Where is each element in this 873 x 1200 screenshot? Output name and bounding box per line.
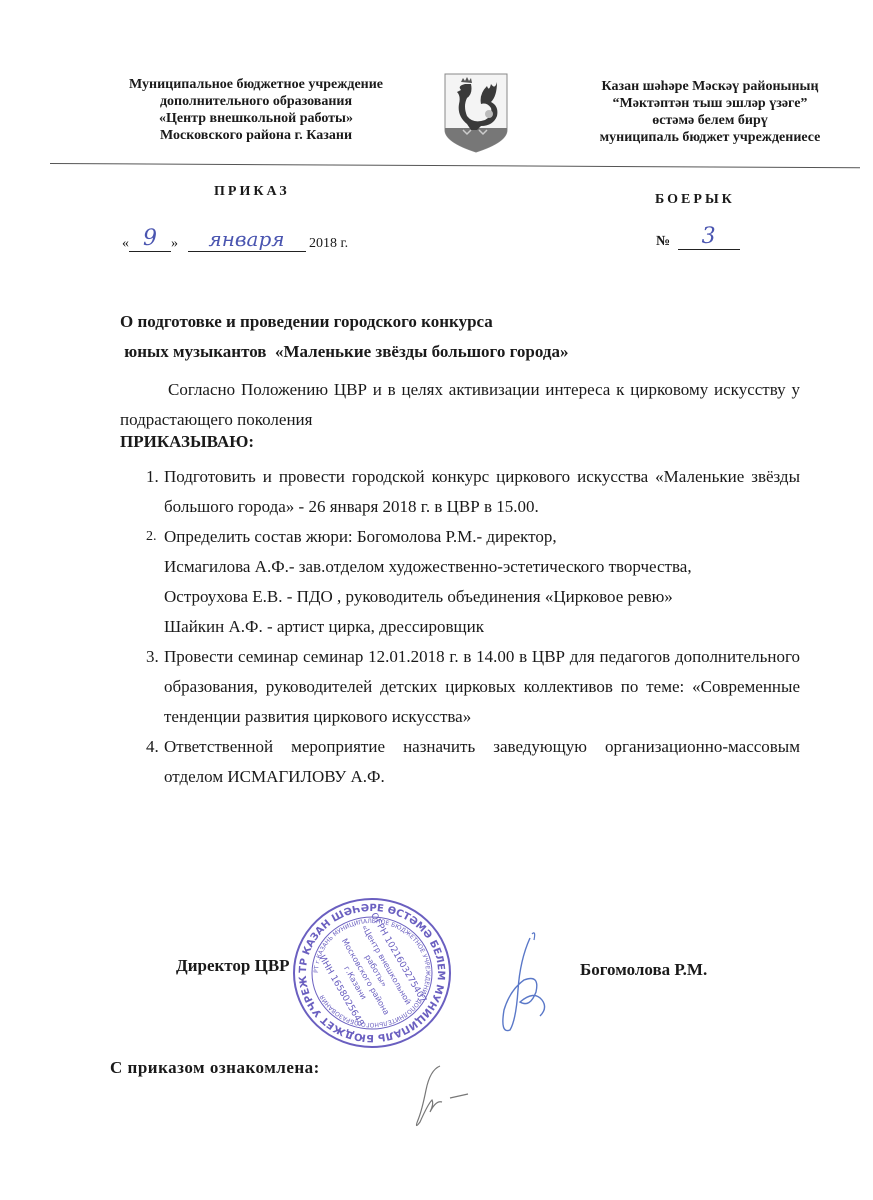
order-title-tt: БОЕРЫК — [655, 192, 735, 208]
date-open-quote: « — [122, 236, 129, 251]
order-word: ПРИКАЗЫВАЮ: — [120, 432, 254, 452]
item-number: 2. — [146, 522, 157, 552]
item-text: Шайкин А.Ф. - артист цирка, дрессировщик — [164, 612, 800, 642]
institution-line: өстәмә белем бирү — [560, 112, 860, 129]
institution-line: муниципаль бюджет учреждениесе — [560, 129, 860, 146]
list-item: 1. Подготовить и провести городской конк… — [120, 462, 800, 522]
item-number: 3. — [146, 642, 159, 672]
item-text: Исмагилова А.Ф.- зав.отделом художествен… — [164, 552, 800, 582]
director-signature-icon — [490, 930, 570, 1040]
item-text: Остроухова Е.В. - ПДО , руководитель объ… — [164, 582, 800, 612]
item-number: 4. — [146, 732, 159, 762]
number-value: 3 — [702, 224, 716, 249]
date-day-field: 9 — [129, 226, 171, 252]
acknowledgement-signature-icon — [380, 1060, 480, 1140]
order-title-ru: ПРИКАЗ — [214, 184, 290, 200]
list-item: 3. Провести семинар семинар 12.01.2018 г… — [120, 642, 800, 732]
date-year: 2018 г. — [309, 236, 348, 251]
item-text: Провести семинар семинар 12.01.2018 г. в… — [164, 642, 800, 732]
official-stamp-icon: ТР КАЗАН ШӘҺӘРЕ ӨСТӘМӘ БЕЛЕМ МУНИЦИПАЛЬ … — [288, 893, 456, 1053]
item-text: Подготовить и провести городской конкурс… — [164, 462, 800, 522]
item-number: 1. — [146, 462, 159, 492]
number-label: № — [656, 234, 670, 249]
date-month: января — [208, 227, 284, 251]
date-close-quote: » — [171, 236, 178, 251]
item-text: Ответственной мероприятие назначить заве… — [164, 732, 800, 792]
institution-line: Казан шәһәре Мәскәү районының — [560, 78, 860, 95]
list-item: 2. Определить состав жюри: Богомолова Р.… — [120, 522, 800, 642]
date-day: 9 — [143, 226, 157, 251]
institution-line: Московского района г. Казани — [96, 127, 416, 144]
date-month-field: января — [188, 227, 306, 252]
number-field: 3 — [678, 224, 740, 250]
kazan-coat-of-arms-icon — [443, 72, 509, 154]
institution-line: «Центр внешкольной работы» — [96, 110, 416, 127]
acknowledgement-label: С приказом ознакомлена: — [110, 1058, 320, 1078]
intro-paragraph: Согласно Положению ЦВР и в целях активиз… — [120, 375, 800, 435]
institution-name-tt: Казан шәһәре Мәскәү районының “Мәктәптән… — [560, 78, 860, 146]
subject-line-2: юных музыкантов «Маленькие звёзды большо… — [120, 337, 568, 367]
institution-name-ru: Муниципальное бюджетное учреждение допол… — [96, 76, 416, 144]
institution-line: “Мәктәптән тыш эшләр үзәге” — [560, 95, 860, 112]
order-items: 1. Подготовить и провести городской конк… — [120, 462, 800, 792]
order-number: № 3 — [656, 224, 740, 250]
subject-line-1: О подготовке и проведении городского кон… — [120, 307, 568, 337]
order-subject: О подготовке и проведении городского кон… — [120, 307, 568, 367]
list-item: 4. Ответственной мероприятие назначить з… — [120, 732, 800, 792]
item-text: Определить состав жюри: Богомолова Р.М.-… — [164, 522, 800, 552]
signatory-position: Директор ЦВР — [176, 956, 290, 976]
institution-line: дополнительного образования — [96, 93, 416, 110]
institution-line: Муниципальное бюджетное учреждение — [96, 76, 416, 93]
signatory-name: Богомолова Р.М. — [580, 960, 707, 980]
header-divider — [50, 163, 860, 168]
order-date: «9» января 2018 г. — [122, 226, 348, 252]
